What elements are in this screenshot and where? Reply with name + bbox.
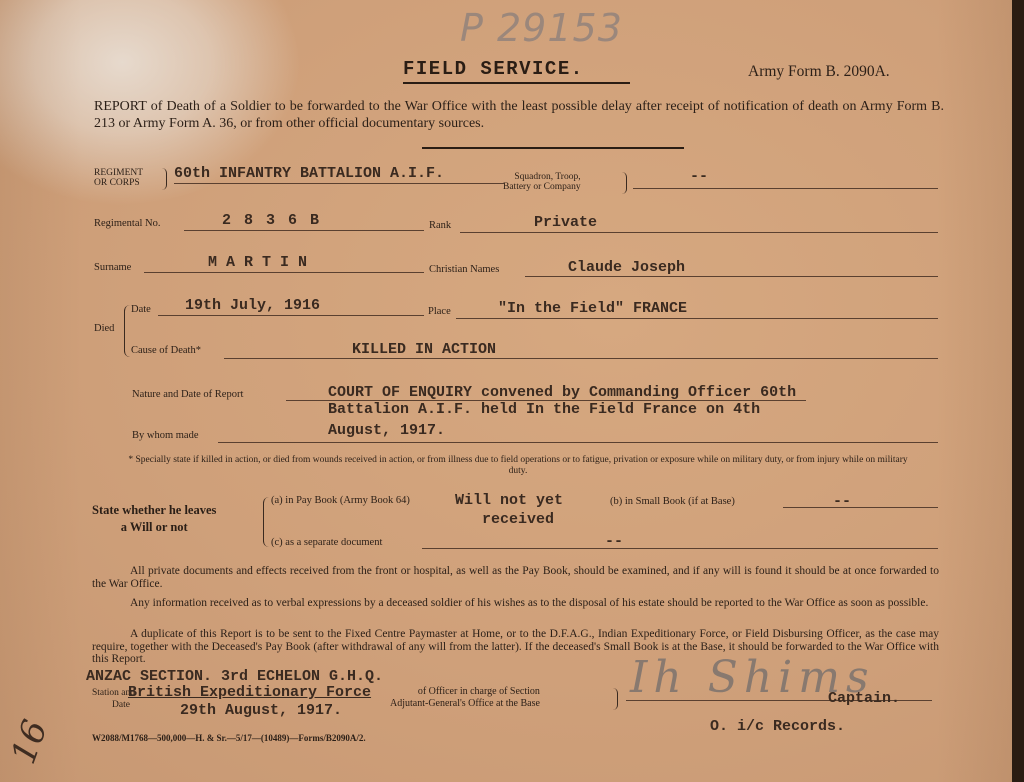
by-whom-underline <box>218 442 938 443</box>
died-brace <box>124 305 130 357</box>
christian-names-underline <box>525 276 938 277</box>
scan-edge <box>1012 0 1018 782</box>
death-date-value: 19th July, 1916 <box>185 297 320 314</box>
station-value: British Expeditionary Force <box>128 684 371 701</box>
date-value: 29th August, 1917. <box>180 702 342 719</box>
christian-names-label: Christian Names <box>429 264 499 275</box>
separate-doc-label: (c) as a separate document <box>271 537 382 548</box>
rank-underline <box>460 232 938 233</box>
will-label: State whether he leaves a Will or not <box>92 502 216 536</box>
date-label: Date <box>112 700 130 710</box>
report-value-line3: August, 1917. <box>328 422 445 439</box>
cause-footnote: * Specially state if killed in action, o… <box>118 455 918 477</box>
cause-of-death-value: KILLED IN ACTION <box>352 341 496 358</box>
small-book-label: (b) in Small Book (if at Base) <box>610 496 735 507</box>
margin-handwritten-mark: 16 <box>3 715 55 769</box>
squadron-label: Squadron, Troop, Battery or Company <box>503 172 581 192</box>
rank-value: Private <box>534 214 597 231</box>
separate-doc-underline <box>422 548 938 549</box>
form-number: Army Form B. 2090A. <box>748 63 890 81</box>
regimental-no-underline <box>184 230 424 231</box>
instruction-paragraph-2: Any information received as to verbal ex… <box>92 597 939 610</box>
squadron-value: -- <box>690 168 708 185</box>
place-underline <box>456 318 938 319</box>
regiment-value: 60th INFANTRY BATTALION A.I.F. <box>174 165 444 182</box>
pay-book-value-line2: received <box>482 511 554 528</box>
regimental-no-label: Regimental No. <box>94 218 161 229</box>
regiment-underline <box>174 183 504 184</box>
intro-text: REPORT of Death of a Soldier to be forwa… <box>94 98 944 132</box>
death-date-label: Date <box>131 304 151 315</box>
officer-brace <box>613 688 618 710</box>
cause-of-death-label: Cause of Death* <box>131 345 201 356</box>
instruction-paragraph-1: All private documents and effects receiv… <box>92 565 939 590</box>
regiment-brace <box>162 168 167 190</box>
form-title: FIELD SERVICE. <box>403 58 584 80</box>
place-label: Place <box>428 306 451 317</box>
place-value: "In the Field" FRANCE <box>498 300 687 317</box>
christian-names-value: Claude Joseph <box>568 259 685 276</box>
pay-book-label: (a) in Pay Book (Army Book 64) <box>271 495 410 506</box>
handwritten-reference-number: P 29153 <box>460 6 623 50</box>
print-code: W2088/M1768—500,000—H. & Sr.—5/17—(10489… <box>92 733 366 743</box>
officer-title: O. i/c Records. <box>710 718 845 735</box>
died-label: Died <box>94 323 114 334</box>
squadron-underline <box>633 188 938 189</box>
surname-label: Surname <box>94 262 131 273</box>
regimental-no-value: 2 8 3 6 B <box>222 212 321 229</box>
surname-underline <box>144 272 424 273</box>
squadron-brace <box>622 172 627 194</box>
section-header: ANZAC SECTION. 3rd ECHELON G.H.Q. <box>86 668 383 685</box>
header-divider <box>422 147 684 149</box>
officer-rank: Captain. <box>828 690 900 707</box>
pay-book-value-line1: Will not yet <box>455 492 563 509</box>
by-whom-label: By whom made <box>132 430 199 441</box>
cause-of-death-underline <box>224 358 938 359</box>
small-book-underline <box>783 507 938 508</box>
officer-label: of Officer in charge of Section Adjutant… <box>390 686 540 710</box>
report-value-line2: Battalion A.I.F. held In the Field Franc… <box>328 401 760 418</box>
regiment-label: REGIMENT OR CORPS <box>94 168 143 188</box>
document-page: P 29153 FIELD SERVICE. Army Form B. 2090… <box>0 0 1018 782</box>
report-value-line1: COURT OF ENQUIRY convened by Commanding … <box>328 384 796 401</box>
report-nature-label: Nature and Date of Report <box>132 389 243 400</box>
will-brace <box>263 497 269 547</box>
surname-value: M A R T I N <box>208 254 307 271</box>
death-date-underline <box>158 315 424 316</box>
rank-label: Rank <box>429 220 451 231</box>
title-underline <box>403 82 630 84</box>
